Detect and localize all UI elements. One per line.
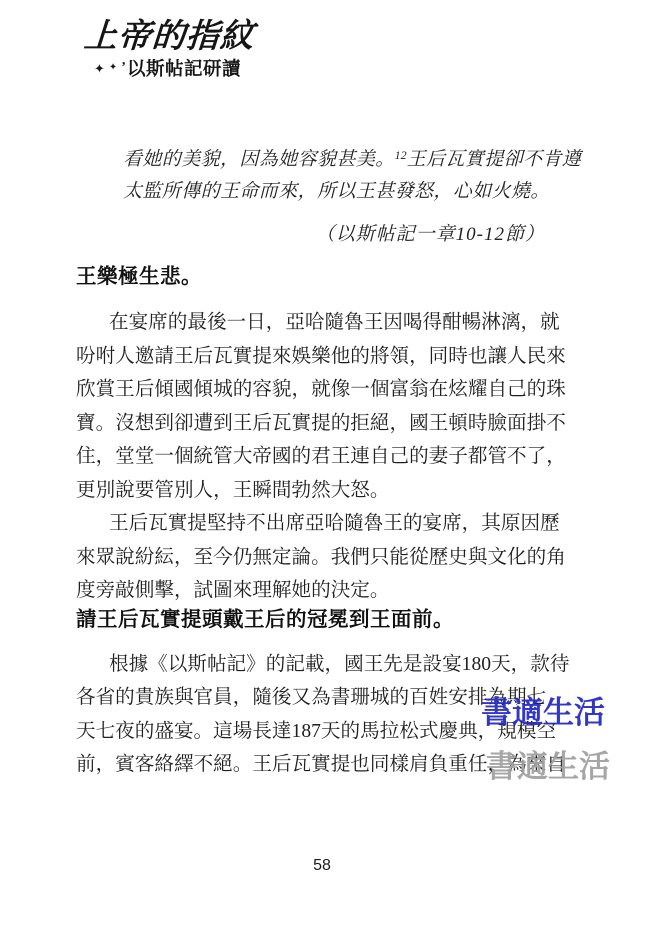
quote-text: 看她的美貌，因為她容貌甚美。 — [123, 149, 395, 170]
page-footer: 58 — [0, 857, 644, 875]
text-line: 來眾說紛紜，至今仍無定論。我們只能從歷史與文化的角 — [76, 541, 586, 575]
text-line: 根據《以斯帖記》的記載，國王先是設宴180天，款待 — [76, 648, 586, 682]
page-number: 58 — [313, 857, 331, 874]
calligraphy-flourish-mark: ʼ — [121, 60, 126, 76]
text-line: 度旁敲側擊，試圖來理解她的決定。 — [76, 574, 586, 608]
section-heading: 王樂極生悲。 — [76, 265, 586, 289]
logo-calligraphy-title: 上帝的指紋 — [83, 18, 256, 54]
diamond-icon: ✦ — [94, 62, 105, 75]
verse-number: 12 — [395, 148, 407, 162]
text-line: 天七夜的盛宴。這場長達187天的馬拉松式慶典，規模空 — [76, 715, 586, 749]
quote-text: 王后瓦實提卻不肯遵 — [407, 149, 582, 170]
text-line: 更別說要管別人，王瞬間勃然大怒。 — [76, 474, 586, 508]
text-line: 王后瓦實提堅持不出席亞哈隨魯王的宴席，其原因歷 — [76, 507, 586, 541]
text-line: 寶。沒想到卻遭到王后瓦實提的拒絕，國王頓時臉面掛不 — [76, 407, 586, 441]
text-line: 吩咐人邀請王后瓦實提來娛樂他的將領，同時也讓人民來 — [76, 340, 586, 374]
diamond-icon: ✦ — [109, 63, 117, 73]
text-line: 在宴席的最後一日，亞哈隨魯王因喝得酣暢淋漓，就 — [76, 306, 586, 340]
logo-subtitle: 以斯帖記研讀 — [127, 55, 241, 81]
quote-citation: （以斯帖記一章10-12節） — [123, 219, 567, 246]
paragraph: 在宴席的最後一日，亞哈隨魯王因喝得酣暢淋漓，就吩咐人邀請王后瓦實提來娛樂他的將領… — [76, 306, 586, 507]
text-line: 前，賓客絡繹不絕。王后瓦實提也同樣肩負重任，為來自 — [76, 748, 586, 782]
paragraph: 王后瓦實提堅持不出席亞哈隨魯王的宴席，其原因歷來眾說紛紜，至今仍無定論。我們只能… — [76, 507, 586, 608]
quote-line: 太監所傳的王命而來，所以王甚發怒，心如火燒。 — [123, 176, 567, 208]
scripture-quote: 看她的美貌，因為她容貌甚美。12王后瓦實提卻不肯遵 太監所傳的王命而來，所以王甚… — [123, 139, 567, 246]
logo-subtitle-row: ✦ ✦ ʼ 以斯帖記研讀 — [94, 55, 254, 81]
text-line: 欣賞王后傾國傾城的容貌，就像一個富翁在炫耀自己的珠 — [76, 373, 586, 407]
body-text: 王樂極生悲。 在宴席的最後一日，亞哈隨魯王因喝得酣暢淋漓，就吩咐人邀請王后瓦實提… — [76, 265, 586, 782]
section-heading: 請王后瓦實提頭戴王后的冠冕到王面前。 — [76, 608, 586, 632]
book-logo: 上帝的指紋 ✦ ✦ ʼ 以斯帖記研讀 — [84, 18, 254, 81]
text-line: 住，堂堂一個統管大帝國的君王連自己的妻子都管不了， — [76, 440, 586, 474]
paragraph: 根據《以斯帖記》的記載，國王先是設宴180天，款待各省的貴族與官員，隨後又為書珊… — [76, 648, 586, 782]
text-line: 各省的貴族與官員，隨後又為書珊城的百姓安排為期七 — [76, 681, 586, 715]
quote-line: 看她的美貌，因為她容貌甚美。12王后瓦實提卻不肯遵 — [123, 139, 567, 176]
book-page: 上帝的指紋 ✦ ✦ ʼ 以斯帖記研讀 看她的美貌，因為她容貌甚美。12王后瓦實提… — [0, 0, 652, 925]
